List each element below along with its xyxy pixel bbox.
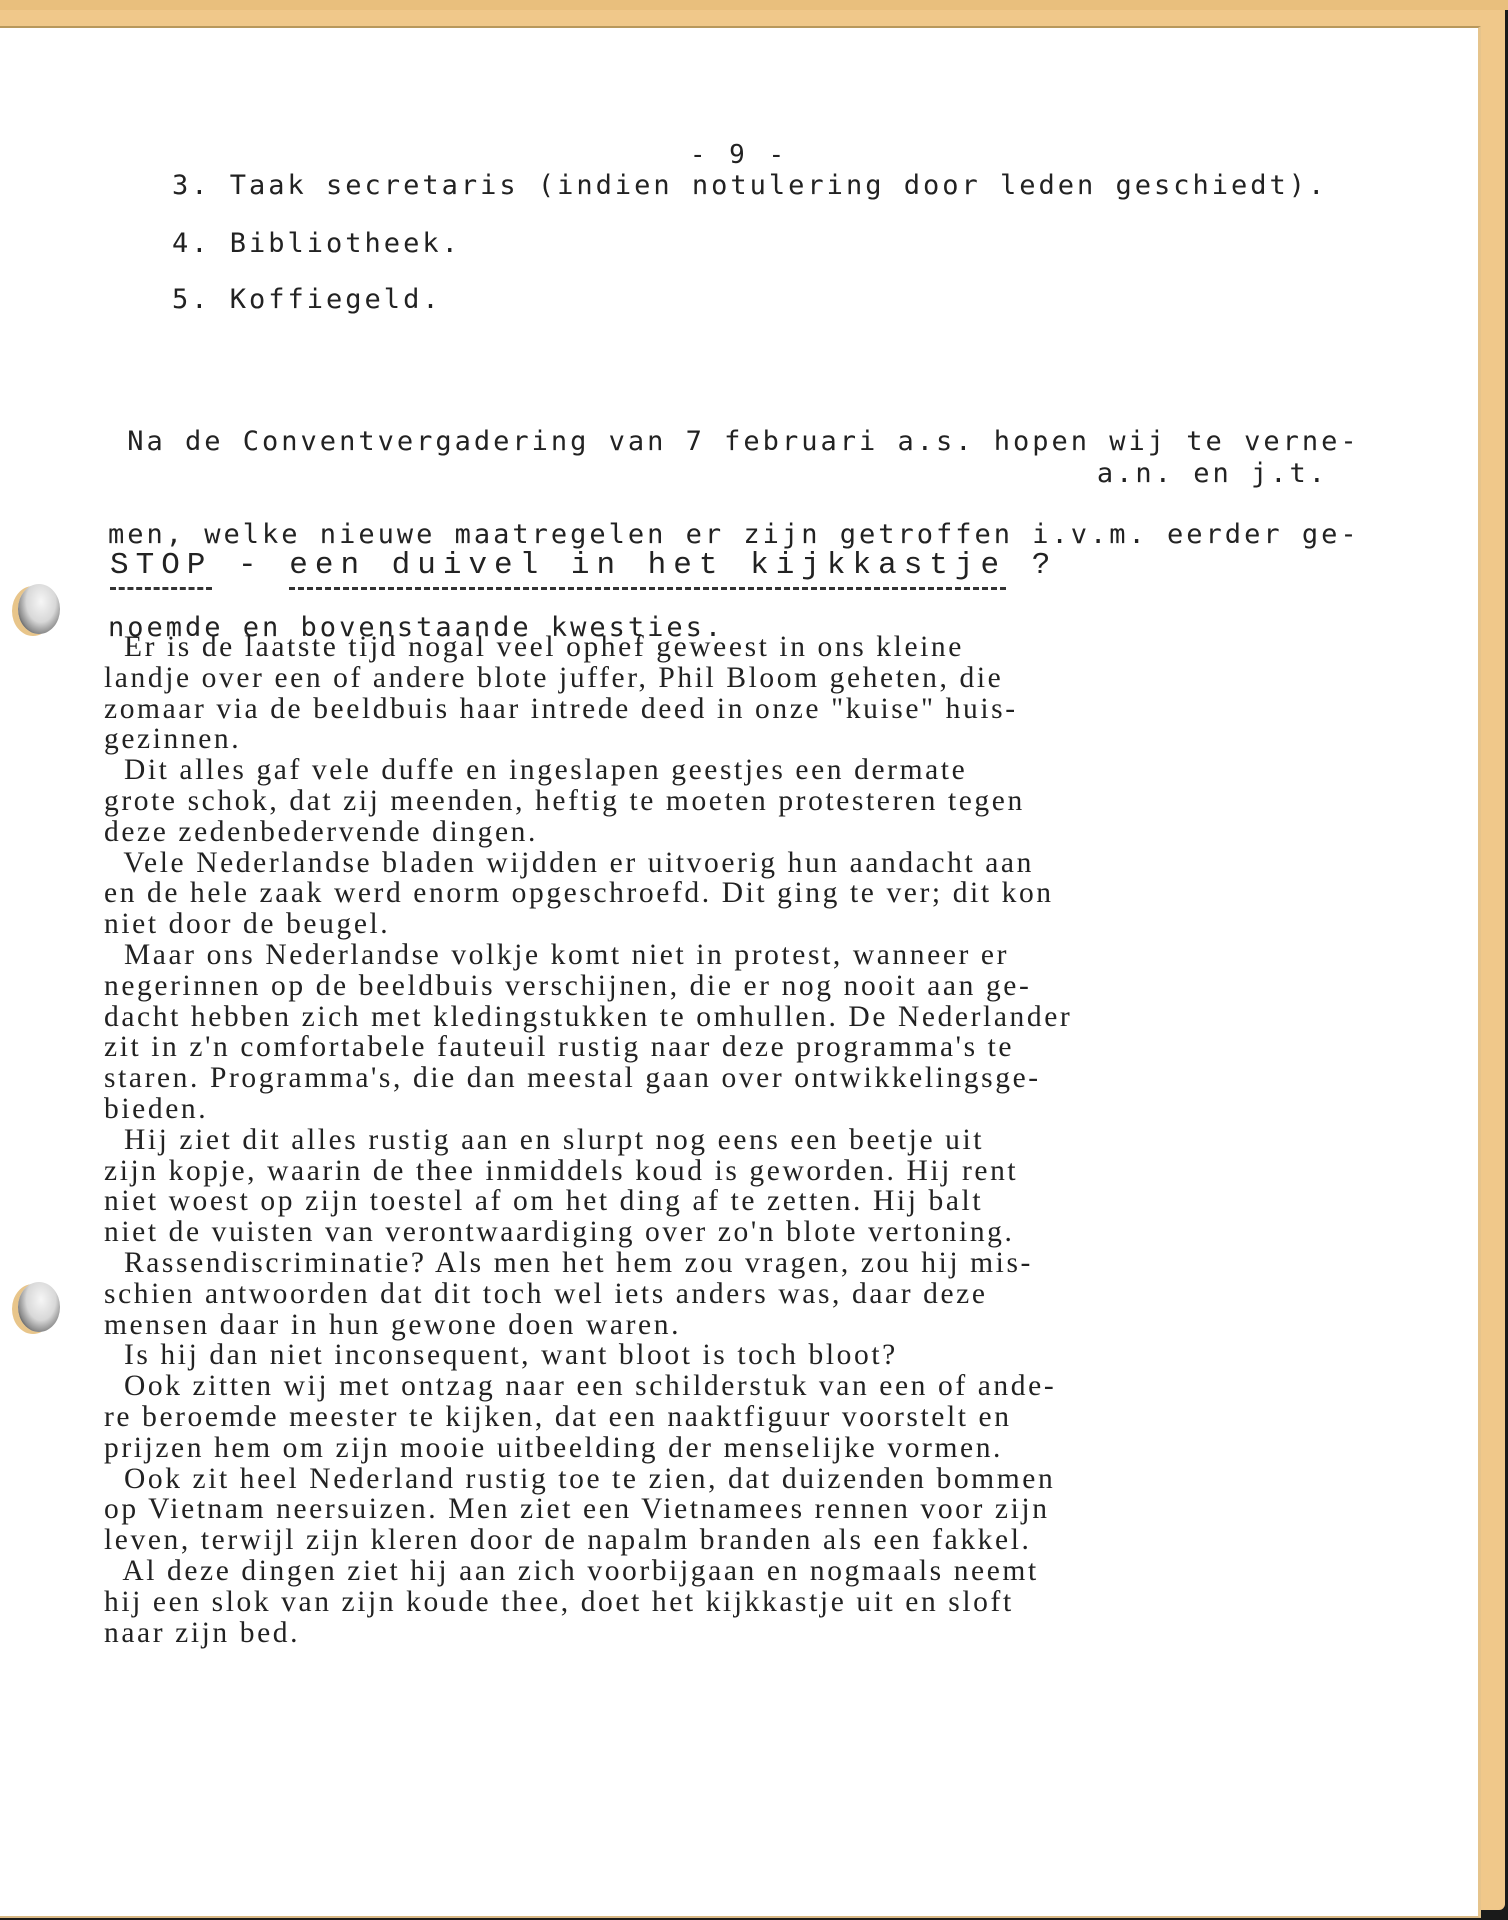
article-line: op Vietnam neersuizen. Men ziet een Viet… [104, 1494, 1444, 1525]
article-line: Is hij dan niet inconsequent, want bloot… [104, 1340, 1444, 1371]
article-line: prijzen hem om zijn mooie uitbeelding de… [104, 1433, 1444, 1464]
paragraph-line: men, welke nieuwe maatregelen er zijn ge… [108, 519, 1360, 550]
article-line: Ook zit heel Nederland rustig toe te zie… [104, 1464, 1444, 1495]
article-line: staren. Programma's, die dan meestal gaa… [104, 1063, 1444, 1094]
article-line: Dit alles gaf vele duffe en ingeslapen g… [104, 755, 1444, 786]
article-line: leven, terwijl zijn kleren door de napal… [104, 1525, 1444, 1556]
title-subtitle: een duivel in het kijkkastje [289, 548, 1006, 590]
article-line: zijn kopje, waarin de thee inmiddels kou… [104, 1156, 1444, 1187]
article-line: Vele Nederlandse bladen wijdden er uitvo… [104, 848, 1444, 879]
article-line: niet woest op zijn toestel af om het din… [104, 1186, 1444, 1217]
list-item: 3. Taak secretaris (indien notulering do… [172, 170, 1327, 201]
title-stop: STOP [110, 548, 212, 590]
article-line: zomaar via de beeldbuis haar intrede dee… [104, 694, 1444, 725]
document-page: - 9 - 3. Taak secretaris (indien notuler… [0, 26, 1481, 1918]
article-line: bieden. [104, 1094, 1444, 1125]
article-line: Maar ons Nederlandse volkje komt niet in… [104, 940, 1444, 971]
article-line: hij een slok van zijn koude thee, doet h… [104, 1587, 1444, 1618]
punch-hole-icon [18, 1282, 60, 1332]
article-line: dacht hebben zich met kledingstukken te … [104, 1002, 1444, 1033]
paragraph-line: Na de Conventvergadering van 7 februari … [108, 426, 1360, 457]
article-line: niet door de beugel. [104, 909, 1444, 940]
article-line: Er is de laatste tijd nogal veel ophef g… [104, 632, 1444, 663]
article-line: zit in z'n comfortabele fauteuil rustig … [104, 1032, 1444, 1063]
article-line: gezinnen. [104, 724, 1444, 755]
article-body: Er is de laatste tijd nogal veel ophef g… [104, 632, 1444, 1648]
page-number: - 9 - [0, 140, 1478, 170]
list-item: 5. Koffiegeld. [172, 284, 442, 315]
article-line: en de hele zaak werd enorm opgeschroefd.… [104, 878, 1444, 909]
article-line: schien antwoorden dat dit toch wel iets … [104, 1279, 1444, 1310]
punch-hole-icon [18, 584, 60, 634]
article-line: mensen daar in hun gewone doen waren. [104, 1310, 1444, 1341]
article-line: deze zedenbedervende dingen. [104, 817, 1444, 848]
article-line: Al deze dingen ziet hij aan zich voorbij… [104, 1556, 1444, 1587]
article-line: landje over een of andere blote juffer, … [104, 663, 1444, 694]
title-separator: - [212, 548, 289, 583]
article-line: negerinnen op de beeldbuis verschijnen, … [104, 971, 1444, 1002]
back-sheet-edge [0, 0, 1508, 10]
article-line: naar zijn bed. [104, 1618, 1444, 1649]
signature: a.n. en j.t. [1097, 458, 1328, 489]
article-line: grote schok, dat zij meenden, heftig te … [104, 786, 1444, 817]
article-line: re beroemde meester te kijken, dat een n… [104, 1402, 1444, 1433]
title-question-mark: ? [1006, 548, 1057, 583]
article-line: Hij ziet dit alles rustig aan en slurpt … [104, 1125, 1444, 1156]
article-title: STOP - een duivel in het kijkkastje ? [110, 548, 1057, 583]
article-line: Ook zitten wij met ontzag naar een schil… [104, 1371, 1444, 1402]
article-line: niet de vuisten van verontwaardiging ove… [104, 1217, 1444, 1248]
list-item: 4. Bibliotheek. [172, 228, 461, 259]
article-line: Rassendiscriminatie? Als men het hem zou… [104, 1248, 1444, 1279]
